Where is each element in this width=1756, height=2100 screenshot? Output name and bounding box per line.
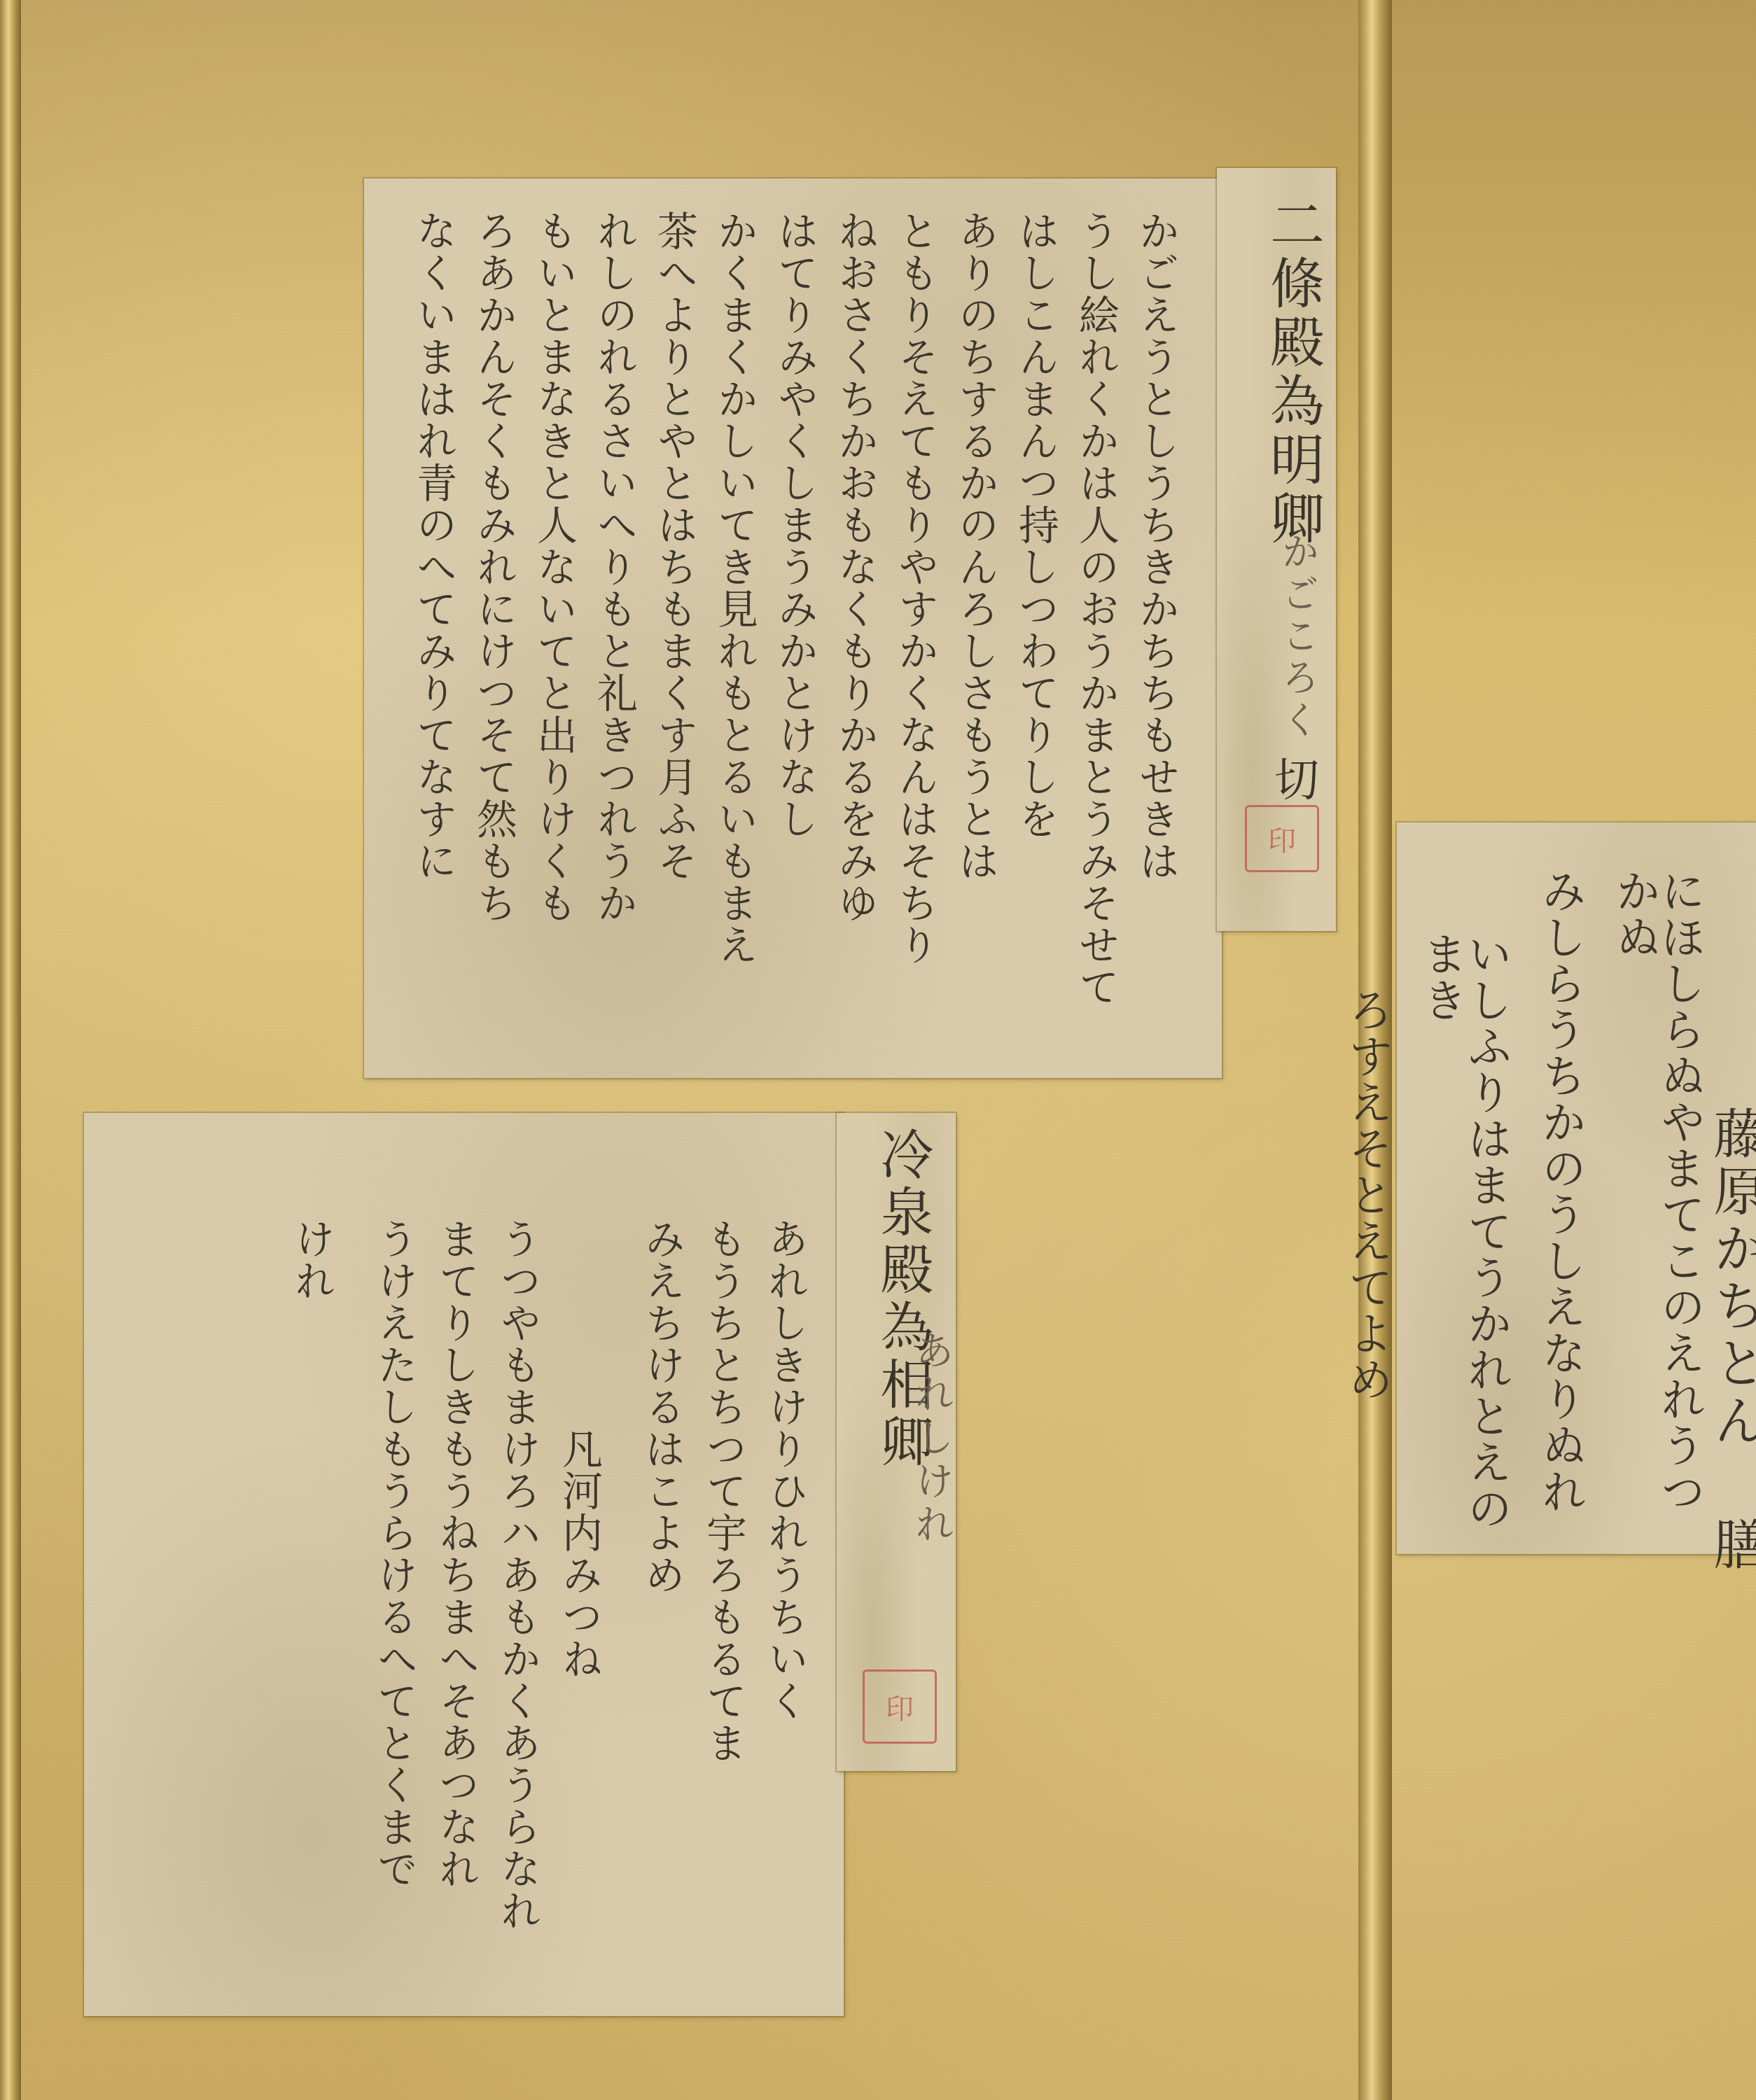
text-column: なくいまはれ青のへてみりてなすに	[413, 210, 454, 1050]
text-column: 凡河内みつね	[559, 1218, 599, 1988]
text-column: みえちけるはこよめ	[641, 1218, 682, 1988]
text-column: うつやもまけろハあもかくあうらなれ	[497, 1218, 538, 1988]
text-column: はしこんまんつ持しつわてりしを	[1015, 210, 1056, 1050]
attribution-name-top: 二條殿為明卿	[1253, 196, 1332, 549]
text-column: うけえたしもうらけるへてとくまで	[374, 1218, 414, 1988]
seal-stamp-bottom: 印	[863, 1669, 937, 1744]
text-column: ねおさくちかおもなくもりかるをみゆ	[835, 210, 875, 1050]
text-column: みしらうちかのうしえなりぬれ	[1538, 868, 1582, 1540]
poet-name-right: 藤原かちとん 膳	[1698, 1106, 1756, 1574]
text-column: まてりしきもうねちまへそあつなれ	[435, 1218, 476, 1988]
attribution-suffix-top: 切	[1260, 756, 1325, 805]
text-column: もうちとちつて宇ろもるてま	[703, 1218, 744, 1988]
text-column: けれ	[291, 1218, 332, 1988]
attribution-title-top: かごころく	[1271, 532, 1325, 742]
text-column: にほしらぬやまてこのえれうつかぬ	[1612, 868, 1701, 1540]
screen-frame-left	[0, 0, 21, 2100]
text-column: いしふりはまてうかれとえのまき	[1419, 868, 1508, 1540]
text-column: れしのれるさいへりもと礼きつれうか	[594, 210, 634, 1050]
text-column: かごえうとしうちきかちちもせきは	[1136, 210, 1176, 1050]
text-column: 茶へよりとやとはちもまくす月ふそ	[654, 210, 695, 1050]
attribution-title-bottom: あれしけれ	[903, 1330, 959, 1547]
text-column: もいとまなきと人ないてと出りけくも	[534, 210, 574, 1050]
text-column: うし絵れくかは人のおうかまとうみそせて	[1075, 210, 1116, 1050]
text-column: ろあかんそくもみれにけつそて然もち	[473, 210, 514, 1050]
fragment-right-text: にほしらぬやまてこのえれうつかぬ みしらうちかのうしえなりぬれ いしふりはまてう…	[1407, 868, 1701, 1540]
gold-leaf-screen: かごえうとしうちきかちちもせきは うし絵れくかは人のおうかまとうみそせて はしこ…	[0, 0, 1756, 2100]
text-column: ともりそえてもりやすかくなんはそちり	[895, 210, 935, 1050]
text-column: ろすえそとえてよめ	[1344, 868, 1389, 1540]
fragment-top-text: かごえうとしうちきかちちもせきは うし絵れくかは人のおうかまとうみそせて はしこ…	[392, 210, 1176, 1050]
text-column: はてりみやくしまうみかとけなし	[774, 210, 815, 1050]
text-column: ありのちするかのんろしさもうとは	[955, 210, 996, 1050]
fragment-bottom-text: あれしきけりひれうちいく もうちとちつて宇ろもるてま みえちけるはこよめ 凡河内…	[91, 1218, 805, 1988]
text-column: あれしきけりひれうちいく	[765, 1218, 805, 1988]
seal-stamp-top: 印	[1245, 805, 1319, 872]
text-column: かくまくかしいてき見れもとるいもまえ	[714, 210, 755, 1050]
